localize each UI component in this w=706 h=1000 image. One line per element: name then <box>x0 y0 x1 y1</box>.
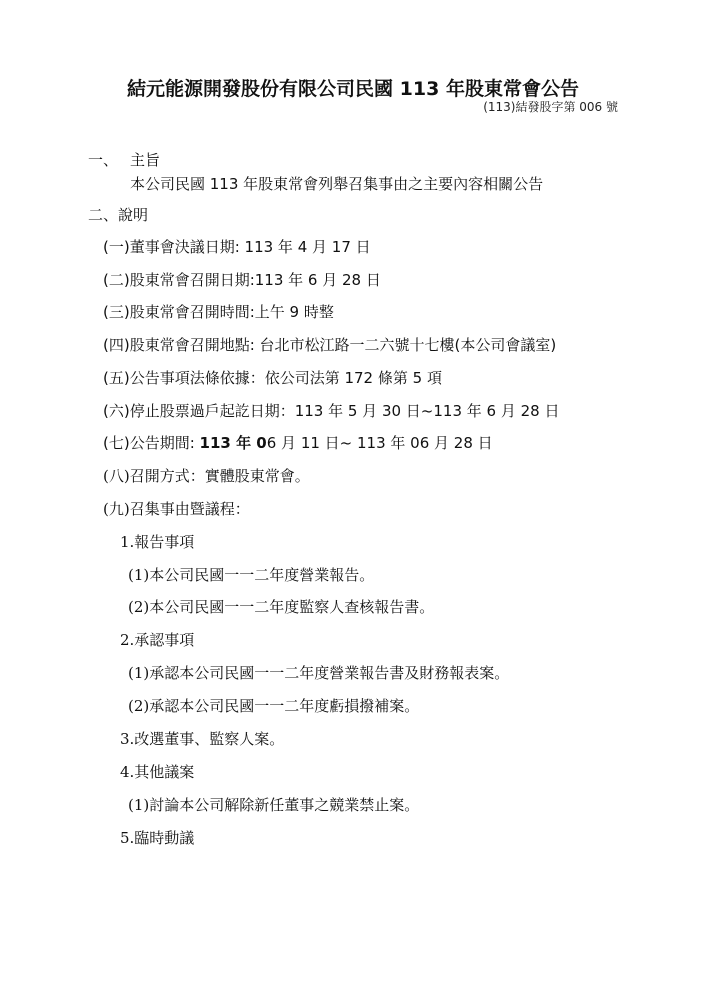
agenda-1-label: 1.報告事項 <box>120 532 194 552</box>
document-number: (113)結發股字第 006 號 <box>483 99 618 115</box>
item-6: (六)停止股票過戶起訖日期：113 年 5 月 30 日~113 年 6 月 2… <box>103 401 559 421</box>
document-page: 結元能源開發股份有限公司民國 113 年股東常會公告 (113)結發股字第 00… <box>0 0 706 1000</box>
item-7-prefix: (七)公告期間: <box>103 434 200 452</box>
agenda-2-sub-2: (2)承認本公司民國一一二年度虧損撥補案。 <box>128 696 419 716</box>
item-9: (九)召集事由暨議程： <box>103 499 250 519</box>
agenda-5-label: 5.臨時動議 <box>120 828 194 848</box>
agenda-1-sub-2: (2)本公司民國一一二年度監察人查核報告書。 <box>128 597 434 617</box>
item-7-bold: 113 年 0 <box>200 434 267 452</box>
item-1: (一)董事會決議日期: 113 年 4 月 17 日 <box>103 237 371 257</box>
section-2-heading: 二、說明 <box>88 205 148 225</box>
agenda-3-label: 3.改選董事、監察人案。 <box>120 729 284 749</box>
agenda-4-label: 4.其他議案 <box>120 762 194 782</box>
item-8: (八)召開方式：實體股東常會。 <box>103 466 310 486</box>
agenda-2-sub-1: (1)承認本公司民國一一二年度營業報告書及財務報表案。 <box>128 663 509 683</box>
item-7: (七)公告期間: 113 年 06 月 11 日~ 113 年 06 月 28 … <box>103 433 493 453</box>
item-3: (三)股東常會召開時間:上午 9 時整 <box>103 302 334 322</box>
agenda-1-sub-1: (1)本公司民國一一二年度營業報告。 <box>128 565 374 585</box>
agenda-4-sub-1: (1)討論本公司解除新任董事之競業禁止案。 <box>128 795 419 815</box>
item-5: (五)公告事項法條依據：依公司法第 172 條第 5 項 <box>103 368 442 388</box>
agenda-2-label: 2.承認事項 <box>120 630 194 650</box>
section-1-number: 一、 <box>88 150 118 170</box>
section-1-body: 本公司民國 113 年股東常會列舉召集事由之主要內容相關公告 <box>130 174 543 194</box>
item-7-rest: 6 月 11 日~ 113 年 06 月 28 日 <box>267 434 493 452</box>
item-4: (四)股東常會召開地點: 台北市松江路一二六號十七樓(本公司會議室) <box>103 335 556 355</box>
item-2: (二)股東常會召開日期:113 年 6 月 28 日 <box>103 270 381 290</box>
section-1-heading: 主旨 <box>130 150 160 170</box>
